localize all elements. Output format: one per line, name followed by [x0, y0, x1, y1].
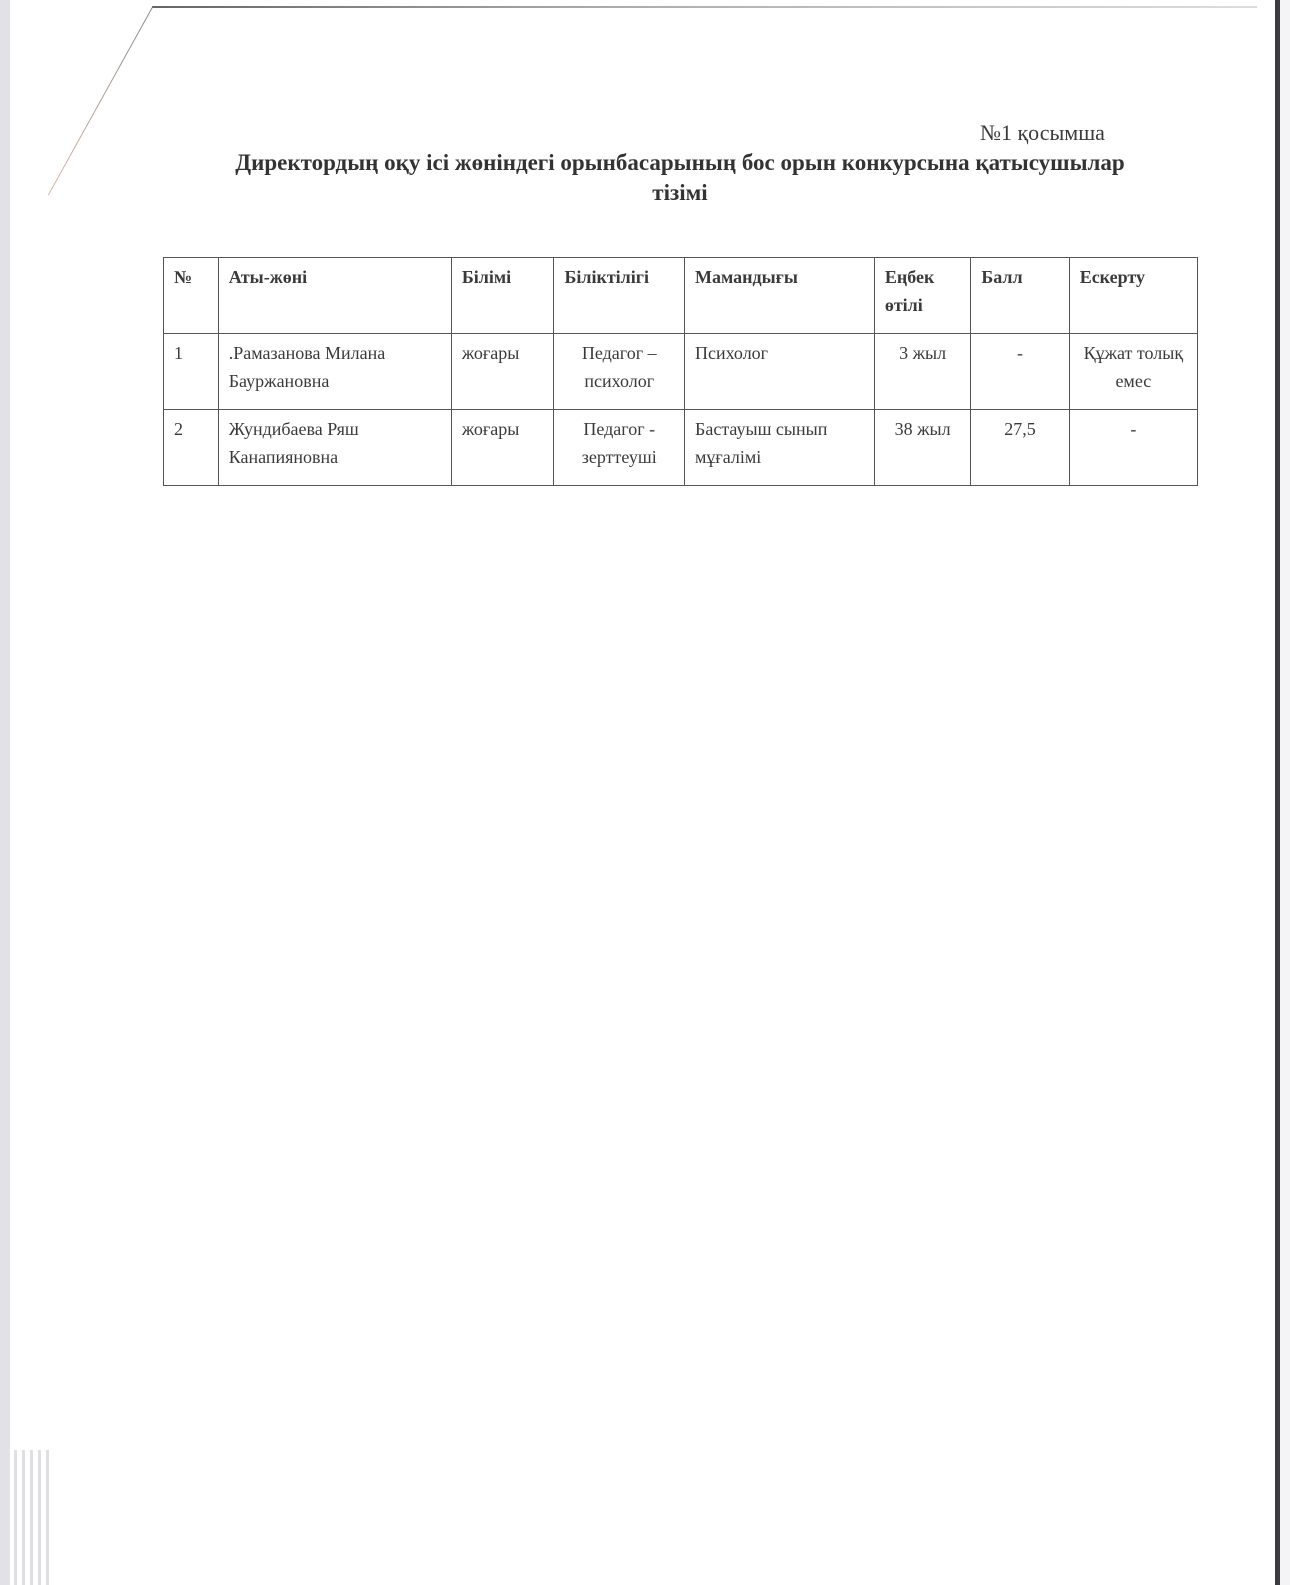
cell-qualification: Педагог - зерттеуші	[554, 410, 685, 486]
header-full-name: Аты-жөні	[218, 258, 451, 334]
cell-specialty: Бастауыш сынып мұғалімі	[685, 410, 875, 486]
cell-number: 2	[164, 410, 219, 486]
cell-number: 1	[164, 334, 219, 410]
scan-shadow	[14, 1450, 54, 1585]
cell-score: -	[971, 334, 1069, 410]
table-row: 1 .Рамазанова Милана Бауржановна жоғары …	[164, 334, 1198, 410]
document-title: Директордың оқу ісі жөніндегі орынбасары…	[180, 148, 1180, 208]
header-qualification: Біліктілігі	[554, 258, 685, 334]
appendix-label: №1 қосымша	[980, 120, 1105, 146]
header-number: №	[164, 258, 219, 334]
scan-edge-left	[0, 0, 10, 1585]
header-education: Білімі	[451, 258, 554, 334]
title-line-2: тізімі	[180, 178, 1180, 208]
header-score: Балл	[971, 258, 1069, 334]
paper-top-edge	[152, 6, 1257, 8]
scan-edge-right	[1275, 0, 1280, 1585]
cell-education: жоғары	[451, 334, 554, 410]
cell-experience: 38 жыл	[874, 410, 971, 486]
participants-table: № Аты-жөні Білімі Біліктілігі Мамандығы …	[163, 257, 1198, 486]
cell-full-name: Жундибаева Ряш Канапияновна	[218, 410, 451, 486]
cell-note: -	[1069, 410, 1197, 486]
scan-edge-right-light	[1280, 0, 1290, 1585]
cell-education: жоғары	[451, 410, 554, 486]
table-row: 2 Жундибаева Ряш Канапияновна жоғары Пед…	[164, 410, 1198, 486]
header-note: Ескерту	[1069, 258, 1197, 334]
header-specialty: Мамандығы	[685, 258, 875, 334]
paper-fold-edge	[48, 7, 153, 196]
header-experience: Еңбек өтілі	[874, 258, 971, 334]
cell-specialty: Психолог	[685, 334, 875, 410]
cell-full-name: .Рамазанова Милана Бауржановна	[218, 334, 451, 410]
title-line-1: Директордың оқу ісі жөніндегі орынбасары…	[180, 148, 1180, 178]
cell-note: Құжат толық емес	[1069, 334, 1197, 410]
cell-score: 27,5	[971, 410, 1069, 486]
table-header-row: № Аты-жөні Білімі Біліктілігі Мамандығы …	[164, 258, 1198, 334]
cell-experience: 3 жыл	[874, 334, 971, 410]
cell-qualification: Педагог – психолог	[554, 334, 685, 410]
